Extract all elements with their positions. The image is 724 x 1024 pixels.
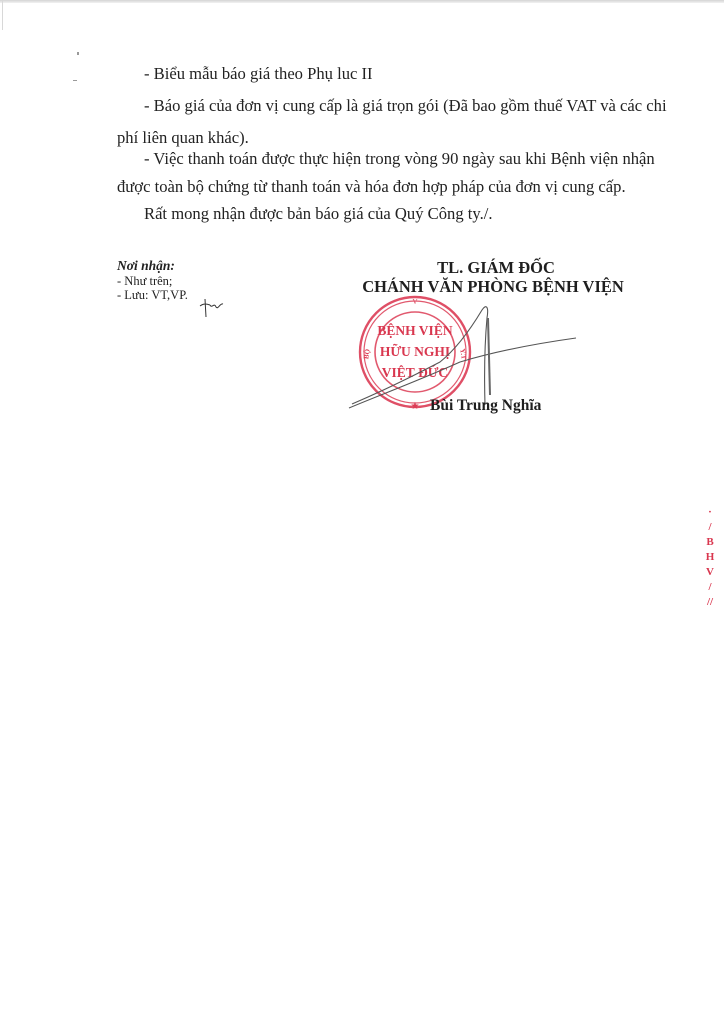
paragraph: - Biểu mẫu báo giá theo Phụ luc II <box>144 64 373 84</box>
scan-edge-top <box>0 0 724 3</box>
scan-speck <box>73 80 77 81</box>
svg-text:V: V <box>412 298 417 306</box>
signature-block: TL. GIÁM ĐỐC CHÁNH VĂN PHÒNG BỆNH VIỆN <box>340 258 660 296</box>
initials-signature-icon <box>198 297 228 319</box>
paragraph: phí liên quan khác). <box>117 128 249 148</box>
edge-mark: V <box>700 565 720 580</box>
stamp-text: BỆNH VIỆN HỮU NGHỊ VIỆT ĐỨC <box>357 320 473 383</box>
paragraph: Rất mong nhận được bản báo giá của Quý C… <box>144 204 493 224</box>
edge-stamp-marks: · / B H V / // <box>700 505 720 610</box>
svg-text:★: ★ <box>411 401 420 410</box>
stamp-line: BỆNH VIỆN <box>357 320 473 341</box>
recipients-title: Nơi nhận: <box>117 259 188 273</box>
stamp-line: VIỆT ĐỨC <box>357 362 473 383</box>
recipient-item: - Lưu: VT,VP. <box>117 288 188 302</box>
paragraph: - Việc thanh toán được thực hiện trong v… <box>144 149 655 169</box>
edge-mark: // <box>700 595 720 610</box>
edge-mark: B <box>700 535 720 550</box>
scan-speck <box>77 52 79 55</box>
paragraph: - Báo giá của đơn vị cung cấp là giá trọ… <box>144 96 667 116</box>
edge-mark: / <box>700 580 720 595</box>
signature-title: TL. GIÁM ĐỐC <box>332 258 660 277</box>
edge-mark: / <box>700 520 720 535</box>
scan-edge-left <box>2 0 3 30</box>
recipients-block: Nơi nhận: - Như trên; - Lưu: VT,VP. <box>117 259 188 302</box>
stamp-line: HỮU NGHỊ <box>357 341 473 362</box>
edge-mark: · <box>700 505 720 520</box>
signer-name: Bùi Trung Nghĩa <box>430 397 541 415</box>
paragraph: được toàn bộ chứng từ thanh toán và hóa … <box>117 177 626 197</box>
recipient-item: - Như trên; <box>117 274 188 288</box>
edge-mark: H <box>700 550 720 565</box>
